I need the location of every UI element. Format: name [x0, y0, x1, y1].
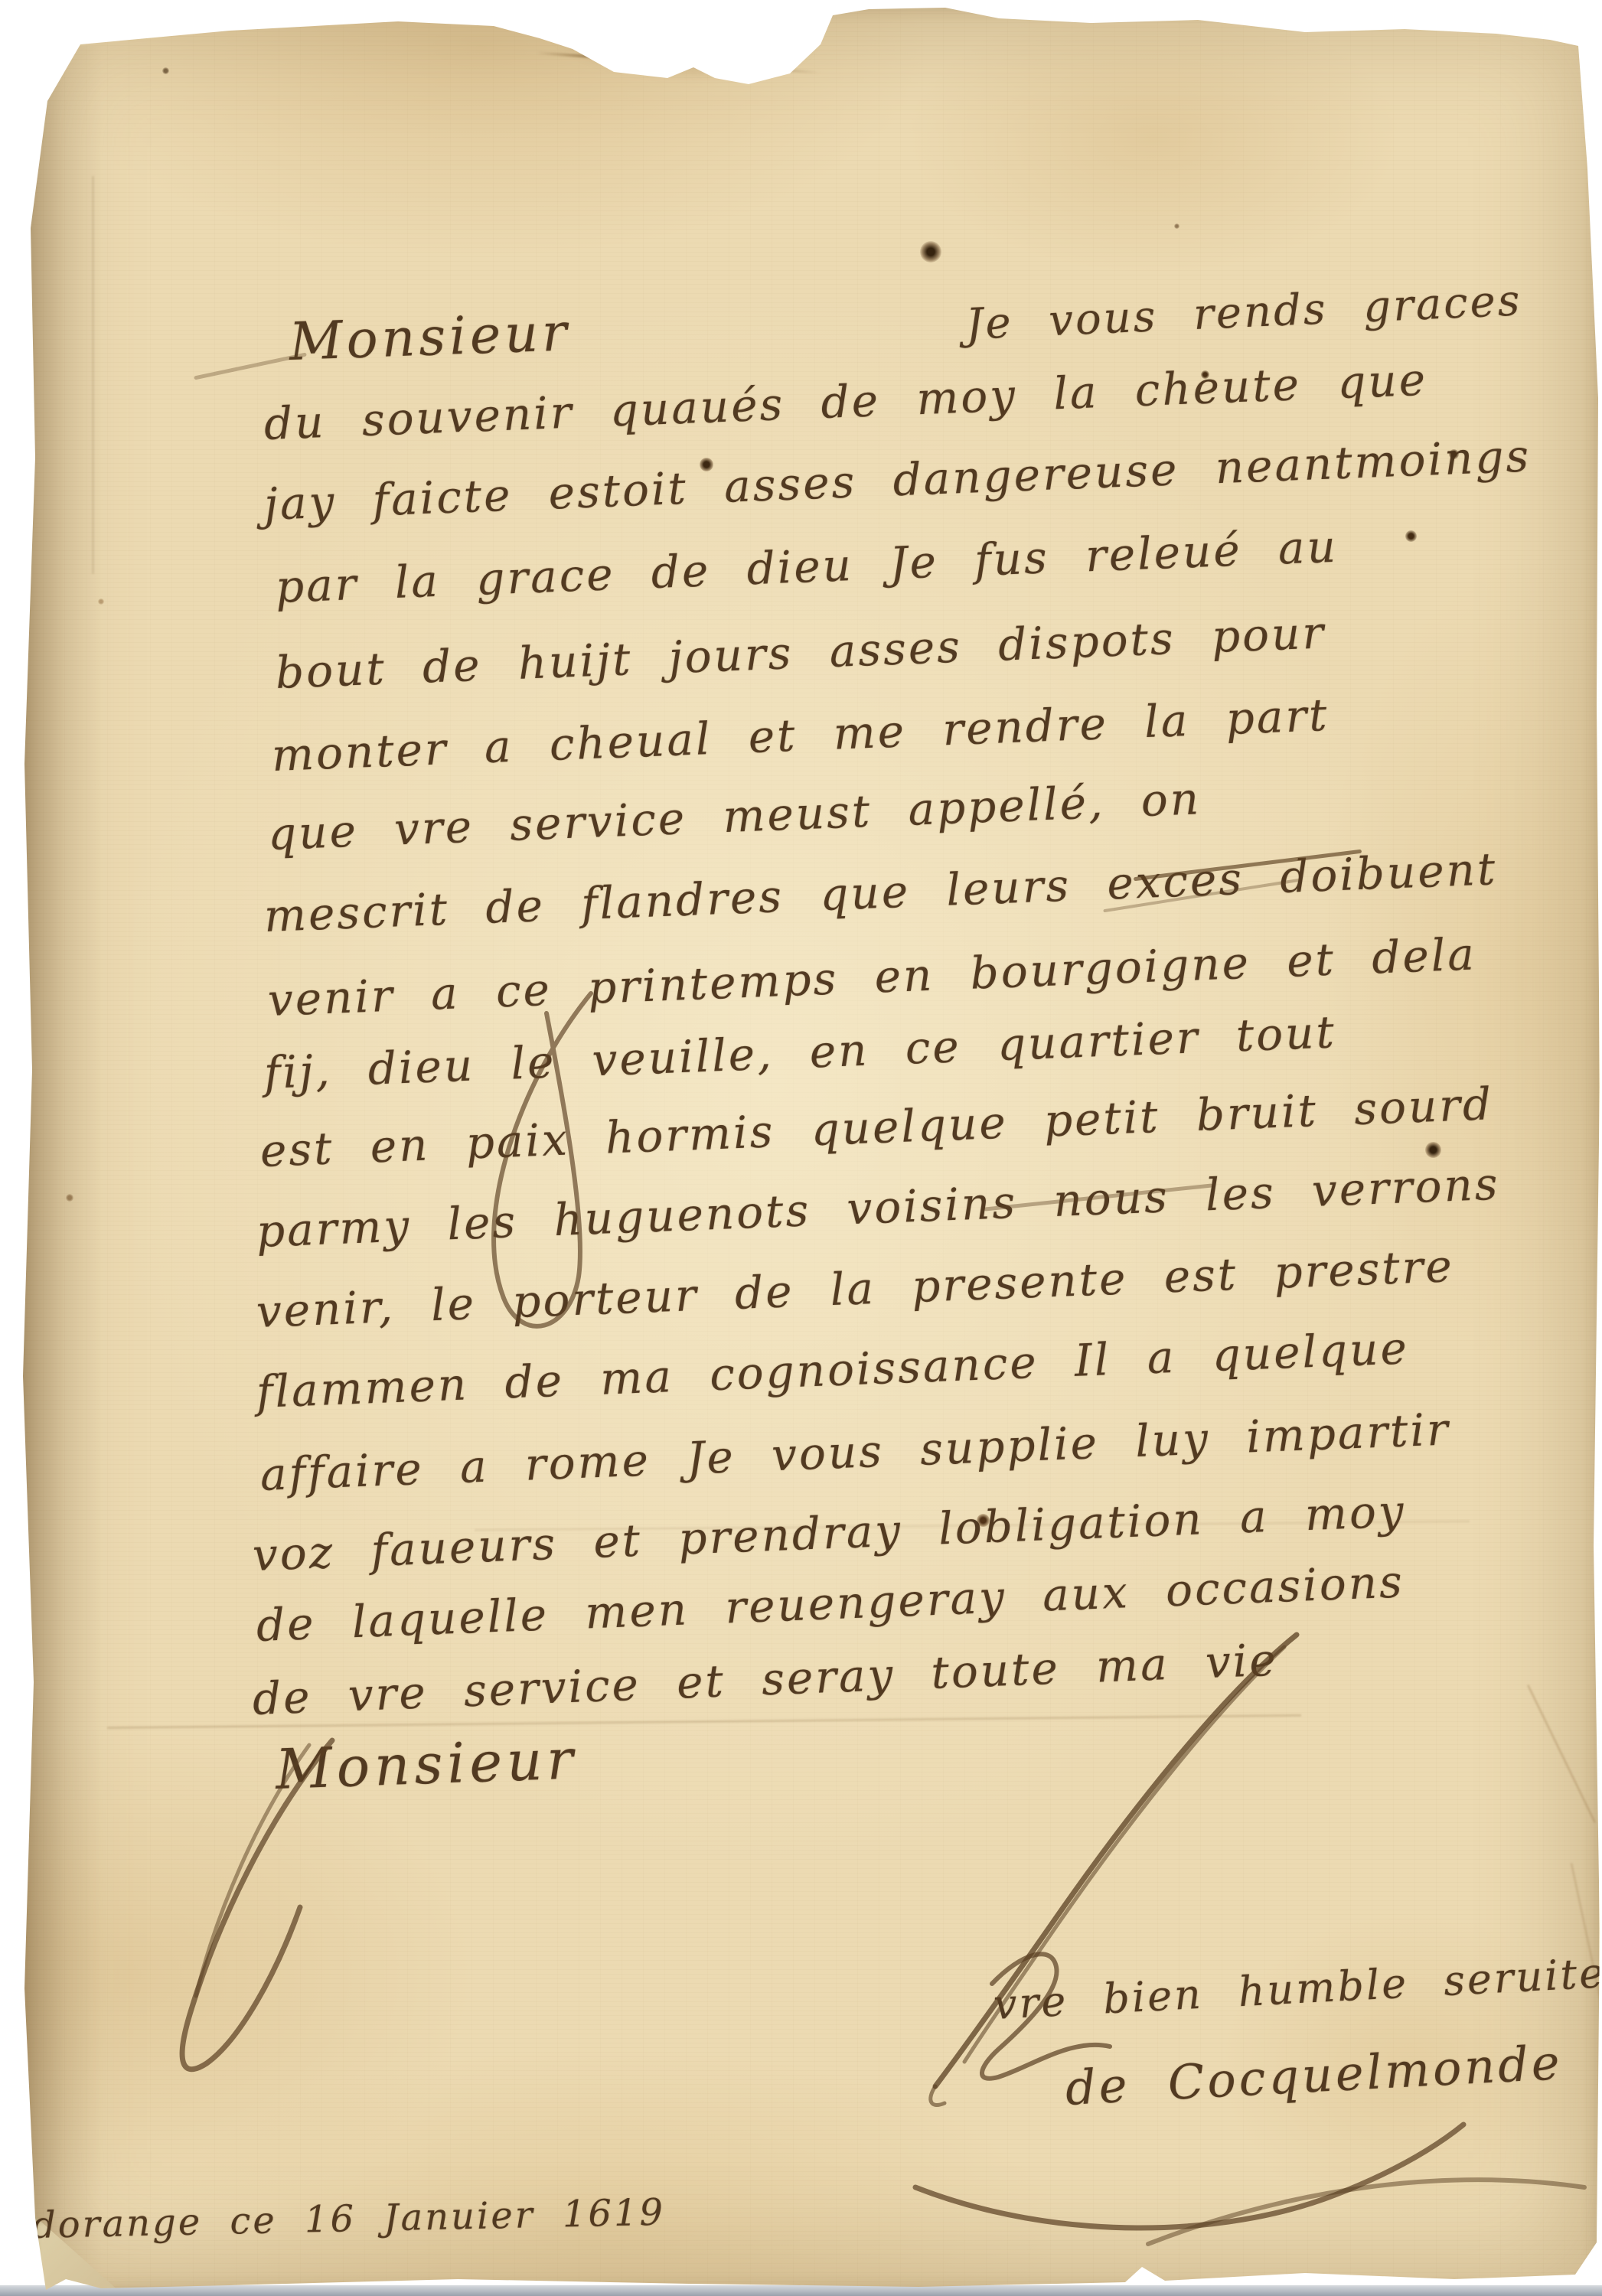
- body-line: que vre service meust appellé, on: [267, 772, 1202, 860]
- ink-spot: [920, 241, 941, 263]
- body-line: parmy les huguenots voisins nous les ver…: [256, 1158, 1501, 1257]
- body-line: par la grace de dieu Je fus releué au: [275, 520, 1339, 613]
- body-line: monter a cheual et me rendre la part: [271, 689, 1330, 781]
- salutation: Monsieur: [289, 302, 572, 373]
- ink-spot: [1425, 1142, 1441, 1158]
- body-line: jay faicte estoit asses dangereuse neant…: [263, 429, 1532, 530]
- foxing-spot: [98, 598, 104, 605]
- body-line: flammen de ma cognoissance Il a quelque: [256, 1322, 1410, 1418]
- date-line: dorange ce 16 Januier 1619: [31, 2191, 665, 2247]
- ink-spot: [1405, 530, 1417, 542]
- foxing-spot: [1174, 223, 1179, 229]
- signature-swash: [896, 2114, 1600, 2275]
- body-line: est en paix hormis quelque petit bruit s…: [259, 1078, 1495, 1177]
- signature-paraph: [828, 1624, 1333, 2114]
- m-flourish-closing: [116, 1724, 361, 2091]
- vertical-fold-crease: [92, 176, 94, 574]
- body-line: affaire a rome Je vous supplie luy impar…: [259, 1403, 1451, 1501]
- body-line: du souvenir quaués de moy la cheute que: [263, 354, 1429, 450]
- left-edge-shading: [18, 46, 103, 2288]
- opening-line: Je vous rends graces: [965, 276, 1523, 350]
- foxing-spot: [162, 67, 169, 74]
- letter-scan: Monsieur Je vous rends graces du souveni…: [0, 0, 1602, 2296]
- scanner-bed-strip: [0, 2285, 1602, 2296]
- body-line: bout de huijt jours asses dispots pour: [275, 606, 1327, 699]
- ink-spot: [5, 1675, 20, 1690]
- descender-loop-printemps: [449, 986, 648, 1345]
- torn-edge-shadow: [525, 27, 837, 107]
- letter-paper: Monsieur Je vous rends graces du souveni…: [0, 0, 1602, 2296]
- foxing-spot: [66, 1194, 73, 1202]
- right-wrinkle: [1527, 1684, 1596, 1823]
- body-line: venir, le porteur de la presente est pre…: [256, 1240, 1455, 1338]
